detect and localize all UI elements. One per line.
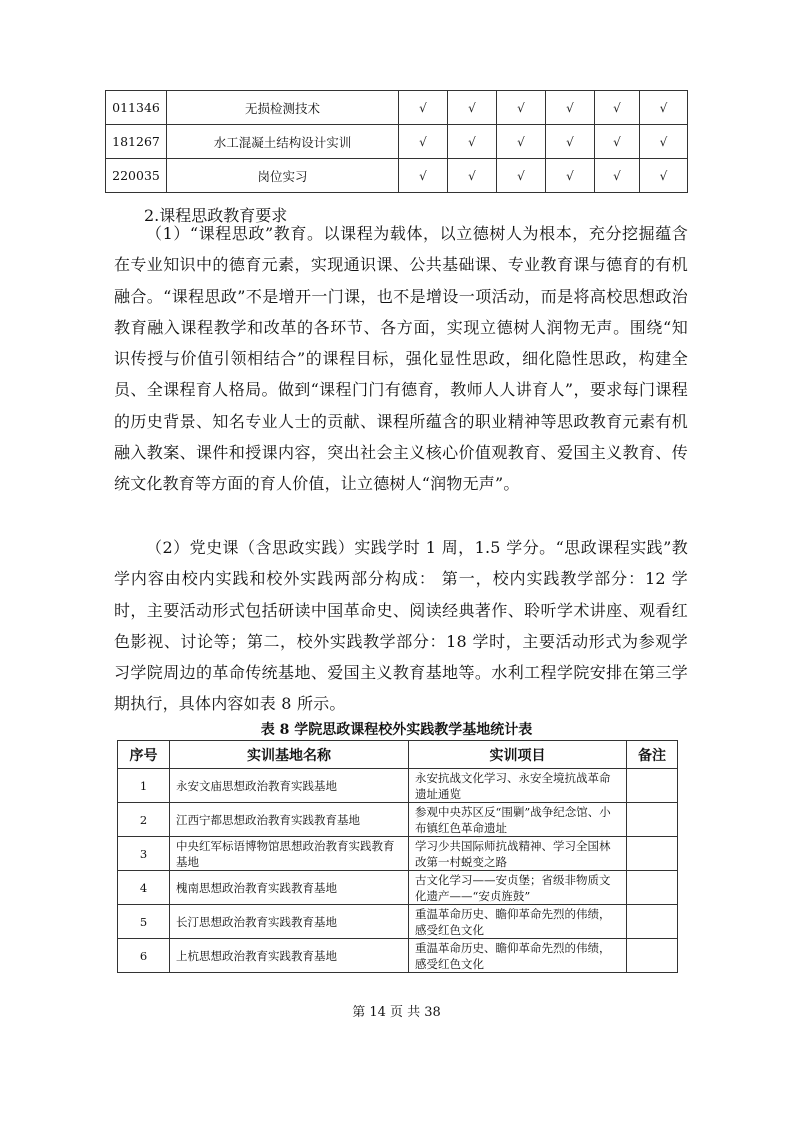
check-mark: √ xyxy=(640,91,688,125)
project: 重温革命历史、瞻仰革命先烈的伟绩，感受红色文化 xyxy=(409,905,627,939)
header-project: 实训项目 xyxy=(409,741,627,769)
base-name: 上杭思想政治教育实践教育基地 xyxy=(170,939,409,973)
table-row: 011346 无损检测技术 √ √ √ √ √ √ xyxy=(106,91,688,125)
course-code: 011346 xyxy=(106,91,167,125)
project: 重温革命历史、瞻仰革命先烈的伟绩，感受红色文化 xyxy=(409,939,627,973)
check-mark: √ xyxy=(640,125,688,159)
table-row: 1 永安文庙思想政治教育实践基地 永安抗战文化学习、永安全境抗战革命遗址通览 xyxy=(118,769,678,803)
project: 古文化学习——安贞堡；省级非物质文化遗产——“安贞旌鼓” xyxy=(409,871,627,905)
table-row: 2 江西宁都思想政治教育实践教育基地 参观中央苏区反“围剿”战争纪念馆、小布镇红… xyxy=(118,803,678,837)
header-remark: 备注 xyxy=(627,741,678,769)
practice-base-table: 序号 实训基地名称 实训项目 备注 1 永安文庙思想政治教育实践基地 永安抗战文… xyxy=(117,740,678,973)
check-mark: √ xyxy=(399,125,448,159)
base-name: 永安文庙思想政治教育实践基地 xyxy=(170,769,409,803)
row-no: 3 xyxy=(118,837,170,871)
check-mark: √ xyxy=(595,159,640,193)
table-row: 220035 岗位实习 √ √ √ √ √ √ xyxy=(106,159,688,193)
row-no: 2 xyxy=(118,803,170,837)
check-mark: √ xyxy=(448,159,497,193)
course-code: 220035 xyxy=(106,159,167,193)
base-name: 长汀思想政治教育实践教育基地 xyxy=(170,905,409,939)
course-name: 水工混凝土结构设计实训 xyxy=(167,125,399,159)
check-mark: √ xyxy=(399,91,448,125)
table-row: 3 中央红军标语博物馆思想政治教育实践教育基地 学习少共国际师抗战精神、学习全国… xyxy=(118,837,678,871)
row-no: 6 xyxy=(118,939,170,973)
remark xyxy=(627,939,678,973)
check-mark: √ xyxy=(497,91,546,125)
page-number: 第 14 页 共 38 xyxy=(0,1001,793,1020)
check-mark: √ xyxy=(595,91,640,125)
row-no: 5 xyxy=(118,905,170,939)
table-row: 4 槐南思想政治教育实践教育基地 古文化学习——安贞堡；省级非物质文化遗产——“… xyxy=(118,871,678,905)
base-name: 槐南思想政治教育实践教育基地 xyxy=(170,871,409,905)
check-mark: √ xyxy=(546,91,595,125)
project: 参观中央苏区反“围剿”战争纪念馆、小布镇红色革命遗址 xyxy=(409,803,627,837)
table-caption: 表 8 学院思政课程校外实践教学基地统计表 xyxy=(0,721,793,739)
course-name: 岗位实习 xyxy=(167,159,399,193)
check-mark: √ xyxy=(497,159,546,193)
check-mark: √ xyxy=(546,159,595,193)
remark xyxy=(627,837,678,871)
remark xyxy=(627,803,678,837)
header-no: 序号 xyxy=(118,741,170,769)
base-name: 江西宁都思想政治教育实践教育基地 xyxy=(170,803,409,837)
paragraph-course-ideology: （1）“课程思政”教育。以课程为载体，以立德树人为根本，充分挖掘蕴含在专业知识中… xyxy=(114,218,688,500)
table-row: 6 上杭思想政治教育实践教育基地 重温革命历史、瞻仰革命先烈的伟绩，感受红色文化 xyxy=(118,939,678,973)
project: 学习少共国际师抗战精神、学习全国林改第一村蜕变之路 xyxy=(409,837,627,871)
check-mark: √ xyxy=(640,159,688,193)
check-mark: √ xyxy=(448,91,497,125)
check-mark: √ xyxy=(546,125,595,159)
check-mark: √ xyxy=(399,159,448,193)
course-name: 无损检测技术 xyxy=(167,91,399,125)
table-row: 5 长汀思想政治教育实践教育基地 重温革命历史、瞻仰革命先烈的伟绩，感受红色文化 xyxy=(118,905,678,939)
project: 永安抗战文化学习、永安全境抗战革命遗址通览 xyxy=(409,769,627,803)
header-base-name: 实训基地名称 xyxy=(170,741,409,769)
remark xyxy=(627,769,678,803)
remark xyxy=(627,905,678,939)
table-header-row: 序号 实训基地名称 实训项目 备注 xyxy=(118,741,678,769)
row-no: 1 xyxy=(118,769,170,803)
course-table: 011346 无损检测技术 √ √ √ √ √ √ 181267 水工混凝土结构… xyxy=(105,90,688,193)
check-mark: √ xyxy=(497,125,546,159)
check-mark: √ xyxy=(448,125,497,159)
row-no: 4 xyxy=(118,871,170,905)
base-name: 中央红军标语博物馆思想政治教育实践教育基地 xyxy=(170,837,409,871)
remark xyxy=(627,871,678,905)
paragraph-party-history: （2）党史课（含思政实践）实践学时 1 周，1.5 学分。“思政课程实践”教学内… xyxy=(114,532,688,720)
table-row: 181267 水工混凝土结构设计实训 √ √ √ √ √ √ xyxy=(106,125,688,159)
check-mark: √ xyxy=(595,125,640,159)
course-code: 181267 xyxy=(106,125,167,159)
